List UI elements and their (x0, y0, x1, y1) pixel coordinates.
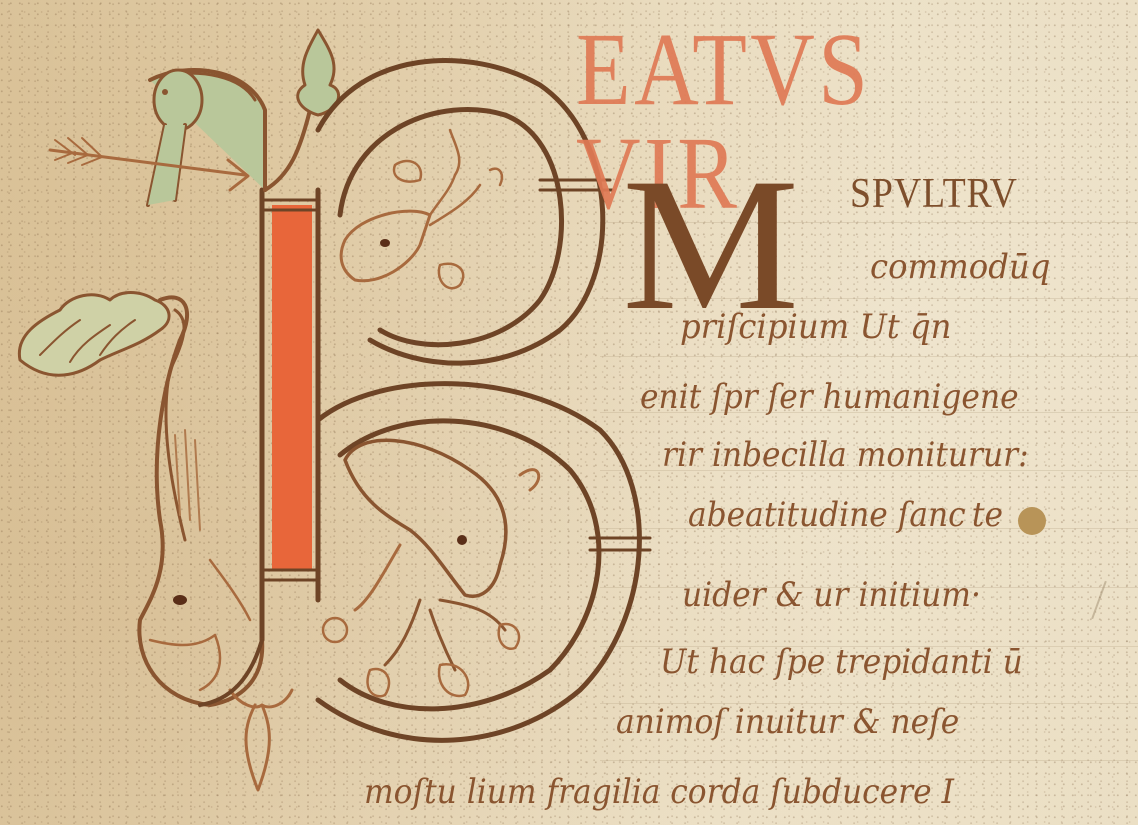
text-line-8: animoſ inuitur & neſe (616, 705, 959, 739)
text-line-9: moſtu lium fragilia corda ſubducere I (364, 775, 954, 809)
text-line-5: abeatitudine ſanc te (688, 498, 1003, 532)
leaf-finial-icon (298, 30, 339, 115)
arrow-icon (50, 138, 248, 190)
text-line-6: uider & ur initium· (682, 578, 981, 612)
text-line-1: commodūq (870, 250, 1050, 284)
illuminated-initial-b (0, 0, 660, 825)
ruling-line (600, 356, 1138, 357)
dragon-icon (139, 297, 262, 705)
bird-icon (148, 70, 202, 205)
text-line-2: priſcipium Ut q̄n (680, 310, 951, 344)
text-line-3: enit ſpr ſer humanigene (640, 380, 1019, 414)
ink-stain-dot (1018, 507, 1046, 535)
initial-stem-red (272, 205, 312, 570)
text-line-4: rir inbecilla moniturur: (662, 438, 1029, 472)
ruling-line (600, 760, 1138, 761)
hanging-leaf-finial-icon (200, 640, 292, 790)
text-line-7: Ut hac ſpe trepidanti ū (660, 645, 1023, 679)
beast-head-lower-icon (323, 440, 539, 696)
acanthus-leaf-icon (19, 293, 169, 376)
capitals-line: SPVLTRV (850, 170, 1018, 218)
